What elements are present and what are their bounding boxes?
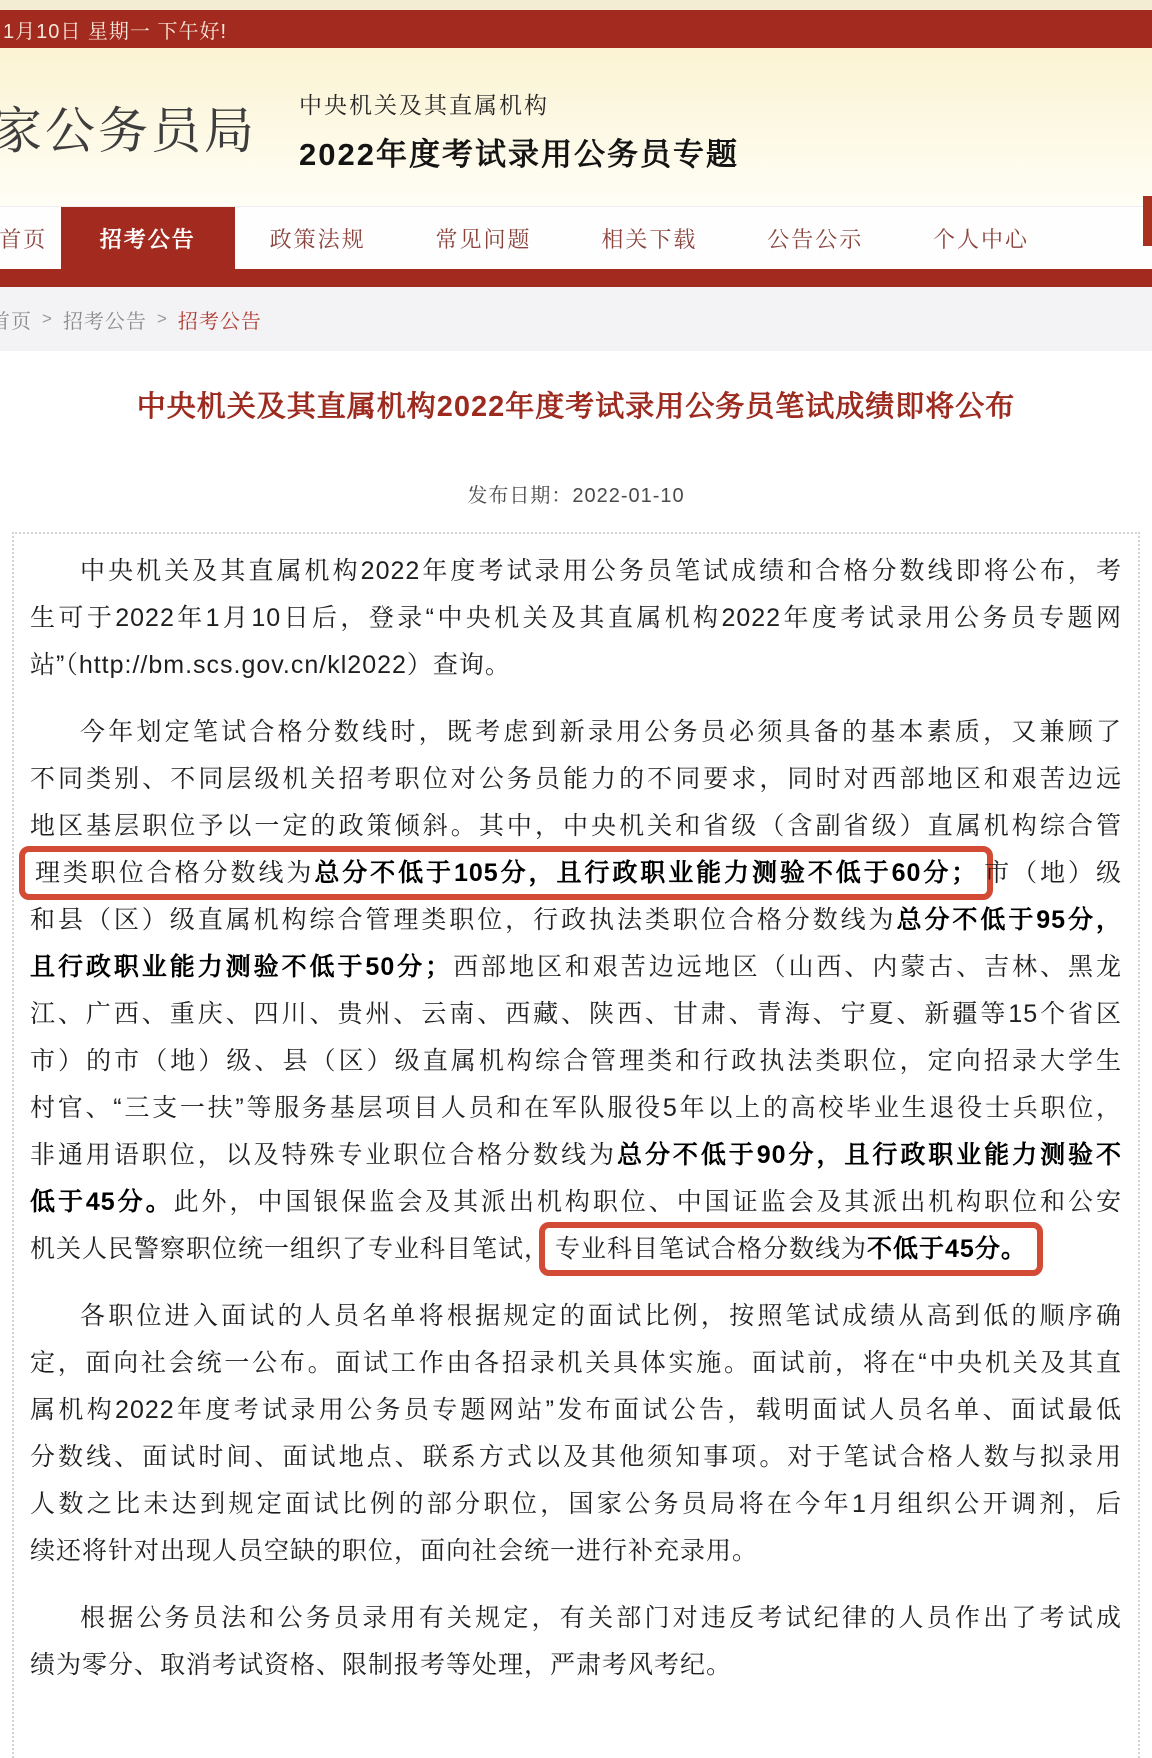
body-text: 此外，中国银保监会及其派出机构职位、中国证监会及其派出机构职位和公安 [174, 1188, 1122, 1216]
text-line: 村官、“三支一扶”等服务基层项目人员和在军队服役5年以上的高校毕业生退役士兵职位… [30, 1085, 1122, 1132]
text-line: 江、广西、重庆、四川、贵州、云南、西藏、陕西、甘肃、青海、宁夏、新疆等15个省区 [30, 991, 1122, 1038]
body-text: 西部地区和艰苦边远地区（山西、内蒙古、吉林、黑龙 [451, 953, 1122, 981]
article-paragraph-4: 根据公务员法和公务员录用有关规定，有关部门对违反考试纪律的人员作出了考试成绩为零… [30, 1595, 1122, 1689]
article-body: 中央机关及其直属机构2022年度考试录用公务员笔试成绩和合格分数线即将公布，考生… [12, 532, 1140, 1758]
nav-red-bar [0, 269, 1152, 287]
breadcrumb-item-2[interactable]: 招考公告 [178, 305, 262, 334]
text-line: 市）的市（地）级、县（区）级直属机构综合管理类和行政执法类职位，定向招录大学生 [30, 1038, 1122, 1085]
site-subtitle-large: 2022年度考试录用公务员专题 [299, 129, 739, 174]
text-line: 不同类别、不同层级机关招考职位对公务员能力的不同要求，同时对西部地区和艰苦边远 [30, 756, 1122, 803]
body-text: 生可于2022年1月10日后，登录“中央机关及其直属机构2022年度考试录用公务… [30, 604, 1122, 632]
body-text: 非通用语职位，以及特殊专业职位合格分数线为 [30, 1141, 617, 1169]
body-text: 定，面向社会统一公布。面试工作由各招录机关具体实施。面试前，将在“中央机关及其直 [30, 1349, 1122, 1377]
text-line: 低于45分。此外，中国银保监会及其派出机构职位、中国证监会及其派出机构职位和公安 [30, 1179, 1122, 1226]
text-line: 属机构2022年度考试录用公务员专题网站”发布面试公告，载明面试人员名单、面试最… [30, 1387, 1122, 1434]
nav-item-4[interactable]: 相关下载 [566, 207, 732, 269]
body-text: 地区基层职位予以一定的政策倾斜。其中，中央机关和省级（含副省级）直属机构综合管 [30, 812, 1122, 840]
bold-text: 低于45分。 [30, 1188, 174, 1216]
article-paragraph-3: 各职位进入面试的人员名单将根据规定的面试比例，按照笔试成绩从高到低的顺序确定，面… [30, 1293, 1122, 1575]
article-paragraph-1: 中央机关及其直属机构2022年度考试录用公务员笔试成绩和合格分数线即将公布，考生… [30, 548, 1122, 689]
body-text: 村官、“三支一扶”等服务基层项目人员和在军队服役5年以上的高校毕业生退役士兵职位… [30, 1094, 1122, 1122]
body-text: 今年划定笔试合格分数线时，既考虑到新录用公务员必须具备的基本素质，又兼顾了 [80, 718, 1122, 746]
body-text: 市）的市（地）级、县（区）级直属机构综合管理类和行政执法类职位，定向招录大学生 [30, 1047, 1122, 1075]
body-text: 专业科目笔试合格分数线为 [555, 1235, 867, 1263]
site-subtitle-small: 中央机关及其直属机构 [299, 87, 739, 120]
body-text: 和县（区）级直属机构综合管理类职位，行政执法类职位合格分数线为 [30, 906, 897, 934]
bold-text: 总分不低于90分，且行政职业能力测验不 [617, 1141, 1122, 1169]
body-text: 属机构2022年度考试录用公务员专题网站”发布面试公告，载明面试人员名单、面试最… [30, 1396, 1122, 1424]
site-subtitle-block: 中央机关及其直属机构 2022年度考试录用公务员专题 [299, 81, 739, 174]
site-header: 家公务员局 中央机关及其直属机构 2022年度考试录用公务员专题 [0, 48, 1152, 206]
nav-item-6[interactable]: 个人中心 [898, 207, 1064, 269]
body-text: 站”（http://bm.scs.gov.cn/kl2022）查询。 [30, 651, 511, 679]
breadcrumb-item-1[interactable]: 招考公告 [63, 305, 147, 334]
date-greeting-bar: 1月10日 星期一 下午好! [0, 10, 1152, 48]
nav-item-0[interactable]: 首页 [0, 207, 61, 269]
body-text: 中央机关及其直属机构2022年度考试录用公务员笔试成绩和合格分数线即将公布，考 [80, 557, 1122, 585]
nav-item-1-active[interactable]: 招考公告 [61, 207, 235, 269]
body-text: 续还将针对出现人员空缺的职位，面向社会统一进行补充录用。 [30, 1537, 758, 1565]
publish-date-value: 2022-01-10 [572, 485, 684, 507]
body-text: 不同类别、不同层级机关招考职位对公务员能力的不同要求，同时对西部地区和艰苦边远 [30, 765, 1122, 793]
text-line: 且行政职业能力测验不低于50分；西部地区和艰苦边远地区（山西、内蒙古、吉林、黑龙 [30, 944, 1122, 991]
body-text: 机关人民警察职位统一组织了专业科目笔试， [30, 1235, 550, 1263]
text-line: 站”（http://bm.scs.gov.cn/kl2022）查询。 [30, 642, 1122, 689]
text-line: 分数线、面试时间、面试地点、联系方式以及其他须知事项。对于笔试合格人数与拟录用 [30, 1434, 1122, 1481]
publish-date-label: 发布日期： [467, 485, 572, 507]
text-line: 机关人民警察职位统一组织了专业科目笔试，专业科目笔试合格分数线为不低于45分。 [30, 1226, 1122, 1273]
nav-item-2[interactable]: 政策法规 [235, 207, 401, 269]
bold-text: 总分不低于95分， [897, 906, 1122, 934]
publish-date: 发布日期：2022-01-10 [0, 479, 1152, 508]
greeting-text: 1月10日 星期一 下午好! [3, 15, 227, 44]
edge-widget [1143, 196, 1152, 246]
top-strip [0, 0, 1152, 10]
text-line: 理类职位合格分数线为总分不低于105分，且行政职业能力测验不低于60分；市（地）… [30, 850, 1122, 897]
highlight-box: 理类职位合格分数线为总分不低于105分，且行政职业能力测验不低于60分； [19, 846, 993, 900]
text-line: 非通用语职位，以及特殊专业职位合格分数线为总分不低于90分，且行政职业能力测验不 [30, 1132, 1122, 1179]
breadcrumb: 首页>招考公告>招考公告 [0, 287, 1152, 351]
breadcrumb-separator: > [42, 309, 53, 329]
body-text: 市（地）级 [982, 859, 1122, 887]
breadcrumb-separator: > [157, 309, 168, 329]
body-text: 绩为零分、取消考试资格、限制报考等处理，严肃考风考纪。 [30, 1651, 732, 1679]
text-line: 续还将针对出现人员空缺的职位，面向社会统一进行补充录用。 [30, 1528, 1122, 1575]
body-text: 理类职位合格分数线为 [35, 859, 314, 887]
text-line: 各职位进入面试的人员名单将根据规定的面试比例，按照笔试成绩从高到低的顺序确 [30, 1293, 1122, 1340]
site-logo: 家公务员局 [0, 91, 257, 163]
text-line: 生可于2022年1月10日后，登录“中央机关及其直属机构2022年度考试录用公务… [30, 595, 1122, 642]
nav-item-5[interactable]: 公告公示 [732, 207, 898, 269]
breadcrumb-item-0[interactable]: 首页 [0, 305, 32, 334]
main-nav: 首页招考公告政策法规常见问题相关下载公告公示个人中心 [0, 206, 1152, 269]
text-line: 人数之比未达到规定面试比例的部分职位，国家公务员局将在今年1月组织公开调剂，后 [30, 1481, 1122, 1528]
body-text: 各职位进入面试的人员名单将根据规定的面试比例，按照笔试成绩从高到低的顺序确 [80, 1302, 1122, 1330]
text-line: 定，面向社会统一公布。面试工作由各招录机关具体实施。面试前，将在“中央机关及其直 [30, 1340, 1122, 1387]
body-text: 分数线、面试时间、面试地点、联系方式以及其他须知事项。对于笔试合格人数与拟录用 [30, 1443, 1122, 1471]
bold-text: 且行政职业能力测验不低于50分； [30, 953, 451, 981]
text-line: 绩为零分、取消考试资格、限制报考等处理，严肃考风考纪。 [30, 1642, 1122, 1689]
body-text: 人数之比未达到规定面试比例的部分职位，国家公务员局将在今年1月组织公开调剂，后 [30, 1490, 1122, 1518]
text-line: 今年划定笔试合格分数线时，既考虑到新录用公务员必须具备的基本素质，又兼顾了 [30, 709, 1122, 756]
body-text: 江、广西、重庆、四川、贵州、云南、西藏、陕西、甘肃、青海、宁夏、新疆等15个省区 [30, 1000, 1122, 1028]
page-title: 中央机关及其直属机构2022年度考试录用公务员笔试成绩即将公布 [0, 385, 1152, 429]
body-text: 根据公务员法和公务员录用有关规定，有关部门对违反考试纪律的人员作出了考试成 [80, 1604, 1122, 1632]
text-line: 中央机关及其直属机构2022年度考试录用公务员笔试成绩和合格分数线即将公布，考 [30, 548, 1122, 595]
bold-text: 总分不低于105分，且行政职业能力测验不低于60分； [314, 859, 977, 887]
text-line: 地区基层职位予以一定的政策倾斜。其中，中央机关和省级（含副省级）直属机构综合管 [30, 803, 1122, 850]
highlight-box: 专业科目笔试合格分数线为不低于45分。 [539, 1222, 1043, 1276]
text-line: 根据公务员法和公务员录用有关规定，有关部门对违反考试纪律的人员作出了考试成 [30, 1595, 1122, 1642]
text-line: 和县（区）级直属机构综合管理类职位，行政执法类职位合格分数线为总分不低于95分， [30, 897, 1122, 944]
bold-text: 不低于45分。 [867, 1235, 1027, 1263]
article-paragraph-2: 今年划定笔试合格分数线时，既考虑到新录用公务员必须具备的基本素质，又兼顾了不同类… [30, 709, 1122, 1273]
nav-item-3[interactable]: 常见问题 [401, 207, 567, 269]
